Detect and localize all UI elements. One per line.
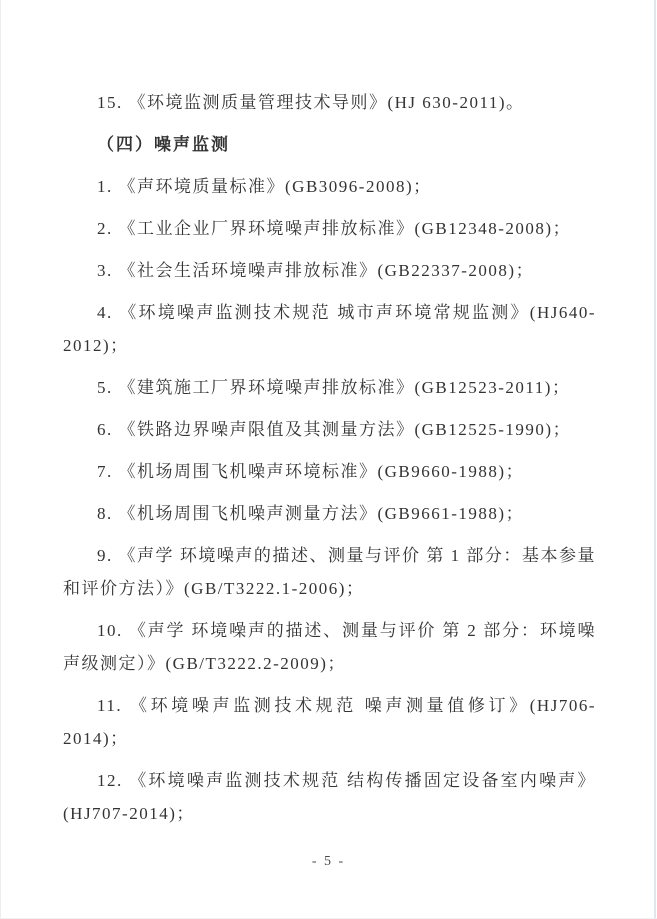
- para-item-9: 9. 《声学 环境噪声的描述、测量与评价 第 1 部分：基本参量和评价方法）》(…: [63, 539, 596, 605]
- document-page: 15. 《环境监测质量管理技术导则》(HJ 630-2011)。 （四）噪声监测…: [0, 0, 657, 919]
- para-item-5: 5. 《建筑施工厂界环境噪声排放标准》(GB12523-2011)；: [63, 371, 596, 404]
- scan-edge-left: [0, 0, 1, 919]
- para-item-7: 7. 《机场周围飞机噪声环境标准》(GB9660-1988)；: [63, 455, 596, 488]
- scan-edge-right: [654, 0, 656, 919]
- para-item-15: 15. 《环境监测质量管理技术导则》(HJ 630-2011)。: [63, 86, 596, 119]
- para-item-4: 4. 《环境噪声监测技术规范 城市声环境常规监测》(HJ640-2012)；: [63, 296, 596, 362]
- para-item-1: 1. 《声环境质量标准》(GB3096-2008)；: [63, 170, 596, 203]
- para-item-3: 3. 《社会生活环境噪声排放标准》(GB22337-2008)；: [63, 254, 596, 287]
- para-item-11: 11. 《环境噪声监测技术规范 噪声测量值修订》(HJ706-2014)；: [63, 689, 596, 755]
- document-body: 15. 《环境监测质量管理技术导则》(HJ 630-2011)。 （四）噪声监测…: [63, 86, 596, 839]
- para-item-2: 2. 《工业企业厂界环境噪声排放标准》(GB12348-2008)；: [63, 212, 596, 245]
- para-item-12: 12. 《环境噪声监测技术规范 结构传播固定设备室内噪声》(HJ707-2014…: [63, 764, 596, 830]
- section-heading-noise-monitoring: （四）噪声监测: [63, 128, 596, 161]
- para-item-8: 8. 《机场周围飞机噪声测量方法》(GB9661-1988)；: [63, 497, 596, 530]
- para-item-6: 6. 《铁路边界噪声限值及其测量方法》(GB12525-1990)；: [63, 413, 596, 446]
- para-item-10: 10. 《声学 环境噪声的描述、测量与评价 第 2 部分：环境噪声级测定）》(G…: [63, 614, 596, 680]
- page-number: - 5 -: [0, 854, 657, 870]
